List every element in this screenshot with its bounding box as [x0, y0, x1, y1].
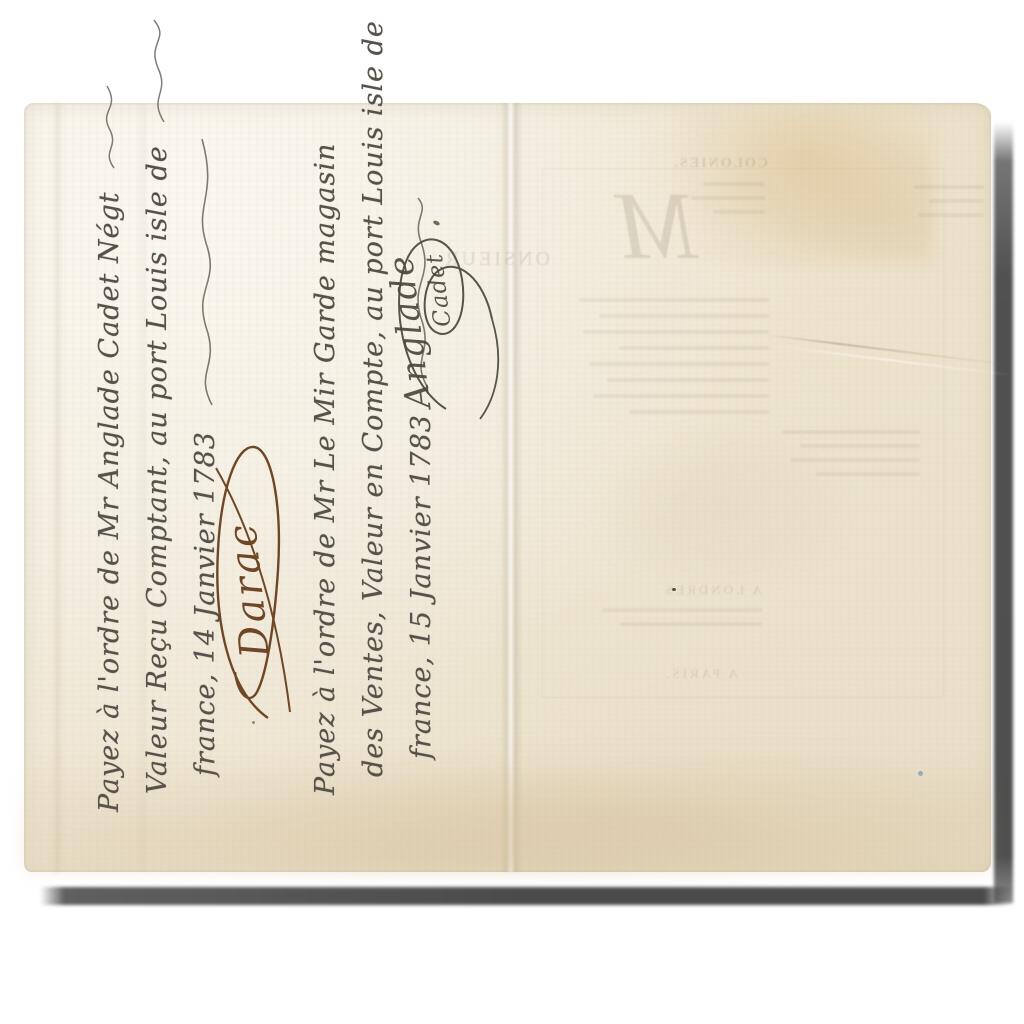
handwriting-line: Payez à l'ordre de Mr Le Mir Garde magas… — [302, 140, 350, 795]
handwriting-line: Valeur Reçu Comptant, au port Louis isle… — [134, 147, 182, 794]
handwriting-text: Payez à l'ordre de Mr Anglade Cadet Négt — [94, 191, 125, 812]
pen-flourish-icon — [146, 16, 172, 126]
pen-flourish-icon — [98, 82, 124, 172]
printed-paragraph-lines-2 — [780, 430, 920, 486]
paper-shadow-bottom — [40, 887, 1013, 905]
signature-drawer-brown-ink: Darac — [210, 420, 298, 730]
blue-ink-dot — [918, 771, 923, 776]
printed-header: COLONIES. — [673, 156, 768, 172]
ink-speck-2 — [672, 588, 676, 591]
handwriting-text: Payez à l'ordre de Mr Le Mir Garde magas… — [310, 143, 341, 795]
pen-flourish-icon — [192, 131, 222, 411]
handwriting-line: Payez à l'ordre de Mr Anglade Cadet Négt — [86, 147, 134, 812]
scan-background: { "handwriting": { "block_left": { "line… — [0, 0, 1024, 1024]
antique-document-paper: COLONIES. M ONSIEUR A LONDRES A PARIS. P… — [24, 103, 991, 872]
handwriting-text: france, 15 Janvier 1783 — [406, 414, 437, 759]
printed-initial-M: M — [618, 178, 698, 274]
signature-anglade: Anglade Cadet — [380, 165, 490, 435]
printed-line-paris: A PARIS. — [663, 666, 738, 682]
printed-line-londres: A LONDRES — [663, 582, 762, 598]
handwritten-endorsement-right: Payez à l'ordre de Mr Le Mir Garde magas… — [302, 140, 502, 795]
handwritten-endorsement-left: Payez à l'ordre de Mr Anglade Cadet Négt… — [86, 147, 301, 812]
printed-paragraph-lines — [564, 298, 769, 426]
printed-margin-lines — [904, 185, 984, 227]
handwriting-text: Valeur Reçu Comptant, au port Louis isle… — [142, 145, 173, 794]
verso-print-bleedthrough: COLONIES. M ONSIEUR A LONDRES A PARIS. — [440, 130, 990, 740]
printed-paragraph-lines-3 — [592, 608, 762, 636]
paper-shadow-right — [994, 122, 1013, 903]
